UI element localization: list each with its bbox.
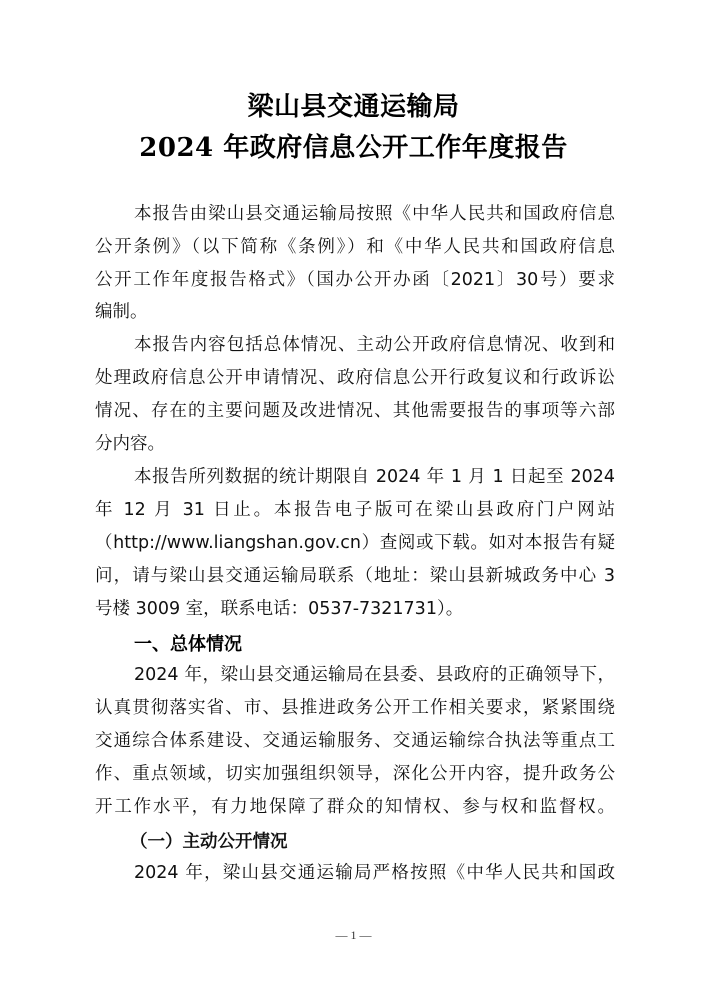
document-page: 梁山县交通运输局 2024 年政府信息公开工作年度报告 本报告由梁山县交通运输局…	[0, 0, 707, 999]
paragraph-line: 号楼 3009 室，联系电话：0537-7321731）。	[95, 597, 615, 621]
paragraph-line: 本报告内容包括总体情况、主动公开政府信息情况、收到和	[134, 333, 615, 357]
paragraph-line: 认真贯彻落实省、市、县推进政务公开工作相关要求，紧紧围绕	[95, 696, 615, 720]
paragraph-line: 公开条例》（以下简称《条例》）和《中华人民共和国政府信息	[95, 235, 615, 259]
paragraph-line: 本报告所列数据的统计期限自 2024 年 1 月 1 日起至 2024	[134, 465, 615, 489]
paragraph-line: 问，请与梁山县交通运输局联系（地址：梁山县新城政务中心 3	[95, 564, 615, 588]
paragraph-line: 交通综合体系建设、交通运输服务、交通运输综合执法等重点工	[95, 729, 615, 753]
page-number: — 1 —	[0, 928, 707, 943]
paragraph-line: 编制。	[95, 300, 615, 324]
paragraph-line: 分内容。	[95, 432, 615, 456]
paragraph-line: 年 12 月 31 日止。本报告电子版可在梁山县政府门户网站	[95, 498, 615, 522]
paragraph-line: 开工作水平，有力地保障了群众的知情权、参与权和监督权。	[95, 795, 615, 819]
paragraph-line: 作、重点领域，切实加强组织领导，深化公开内容，提升政务公	[95, 762, 615, 786]
paragraph-line: 情况、存在的主要问题及改进情况、其他需要报告的事项等六部	[95, 399, 615, 423]
subsection-heading: （一）主动公开情况	[130, 828, 288, 853]
paragraph-line: 本报告由梁山县交通运输局按照《中华人民共和国政府信息	[134, 202, 615, 226]
paragraph-line: （http://www.liangshan.gov.cn）查阅或下载。如对本报告…	[95, 531, 615, 555]
document-title-agency: 梁山县交通运输局	[0, 86, 707, 123]
paragraph-line: 公开工作年度报告格式》（国办公开办函〔2021〕30号）要求	[95, 268, 615, 292]
paragraph-line: 处理政府信息公开申请情况、政府信息公开行政复议和行政诉讼	[95, 366, 615, 390]
paragraph-line: 2024 年，梁山县交通运输局严格按照《中华人民共和国政	[134, 861, 615, 885]
paragraph-line: 2024 年，梁山县交通运输局在县委、县政府的正确领导下，	[134, 663, 615, 687]
document-title-report: 2024 年政府信息公开工作年度报告	[0, 127, 707, 164]
section-heading: 一、总体情况	[134, 630, 242, 656]
